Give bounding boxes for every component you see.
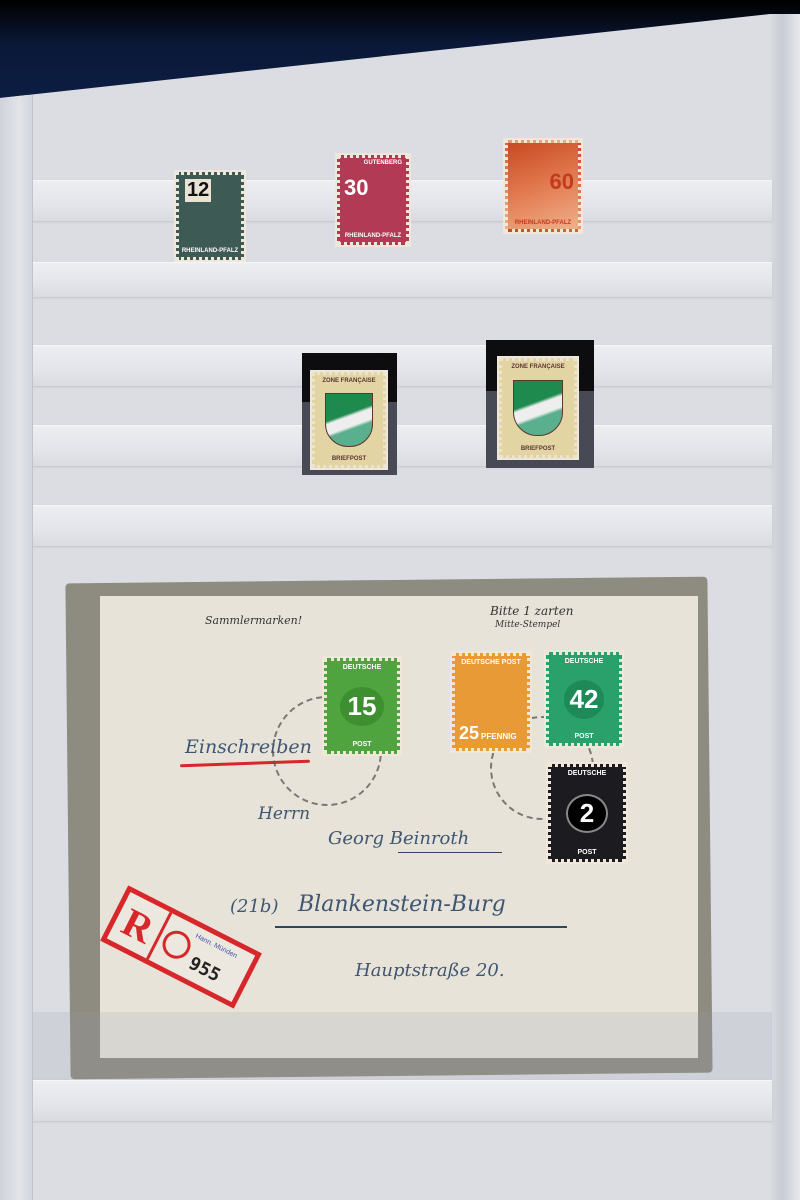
registration-number: 955: [186, 952, 225, 985]
stamp-value: 2: [566, 794, 608, 833]
album-spine: [0, 95, 33, 1200]
stamp-value: 42: [564, 680, 605, 719]
stamp-top-text: DEUTSCHE: [565, 658, 604, 665]
stamp-top-text: ZONE FRANÇAISE: [511, 364, 564, 370]
stamp-top-text: GUTENBERG: [364, 160, 402, 166]
stamp-bottom-text: POST: [577, 849, 596, 856]
registered-cover: Sammlermarken! Bitte 1 zarten Mitte-Stem…: [100, 596, 698, 1058]
album-strip: [32, 505, 772, 546]
stamp-zone-francaise: ZONE FRANÇAISE BRIEFPOST: [499, 358, 577, 458]
street-address: Hauptstraße 20.: [355, 960, 505, 981]
stamp-inscription: RHEINLAND-PFALZ: [182, 248, 238, 254]
stamp-top-text: DEUTSCHE POST: [461, 659, 521, 666]
note-collector-stamps: Sammlermarken!: [205, 614, 302, 627]
stamp-deutsche-post-15: DEUTSCHE 15 POST: [324, 658, 400, 754]
stamp-zone-francaise: ZONE FRANÇAISE BRIEFPOST: [312, 372, 386, 468]
postal-zone: (21b): [230, 896, 278, 917]
city-underline: [275, 926, 567, 928]
stamp-value: 25: [459, 723, 479, 743]
coat-of-arms-icon: [325, 393, 373, 447]
album-strip: [32, 425, 772, 466]
stamp-inscription: RHEINLAND-PFALZ: [515, 220, 571, 226]
stamp-rheinland-pfalz-60: 60 RHEINLAND-PFALZ: [505, 140, 581, 232]
coat-of-arms-icon: [513, 380, 563, 436]
stamp-top-text: ZONE FRANÇAISE: [322, 378, 375, 384]
stamp-value: 15: [340, 687, 385, 726]
album-page: 12 RHEINLAND-PFALZ GUTENBERG 30 RHEINLAN…: [0, 0, 800, 1200]
stamp-rheinland-pfalz-30: GUTENBERG 30 RHEINLAND-PFALZ: [337, 155, 409, 245]
stamp-denomination: PFENNIG: [481, 732, 517, 741]
stamp-bottom-text: BRIEFPOST: [332, 456, 366, 462]
stamp-deutsche-post-2: DEUTSCHE 2 POST: [548, 764, 626, 862]
page-edge: [770, 14, 800, 1200]
album-strip: [32, 1080, 772, 1121]
recipient-name: Georg Beinroth: [328, 828, 469, 849]
note-request-line1: Bitte 1 zarten: [490, 604, 574, 618]
stamp-deutsche-post-42: DEUTSCHE 42 POST: [546, 652, 622, 746]
circle-mark-icon: [158, 926, 196, 964]
stamp-bottom-text: POST: [352, 741, 371, 748]
stamp-value: 12: [185, 179, 211, 202]
stamp-bottom-text: BRIEFPOST: [521, 446, 555, 452]
stamp-deutsche-post-25: DEUTSCHE POST 25PFENNIG: [452, 653, 530, 751]
album-sleeve: [32, 1012, 772, 1080]
stamp-bottom-text: POST: [574, 733, 593, 740]
stamp-value: 30: [344, 175, 368, 201]
stamp-rheinland-pfalz-12: 12 RHEINLAND-PFALZ: [176, 172, 244, 260]
stamp-top-text: DEUTSCHE: [568, 770, 607, 777]
salutation-text: Herrn: [258, 804, 310, 824]
note-request-line2: Mitte-Stempel: [495, 620, 560, 630]
stamp-inscription: RHEINLAND-PFALZ: [345, 233, 401, 239]
stamp-top-text: DEUTSCHE: [343, 664, 382, 671]
album-strip: [32, 345, 772, 386]
destination-city: Blankenstein-Burg: [298, 892, 506, 917]
album-strip: [32, 262, 772, 297]
stamp-value: 60: [550, 169, 574, 195]
recipient-underline: [398, 852, 502, 853]
